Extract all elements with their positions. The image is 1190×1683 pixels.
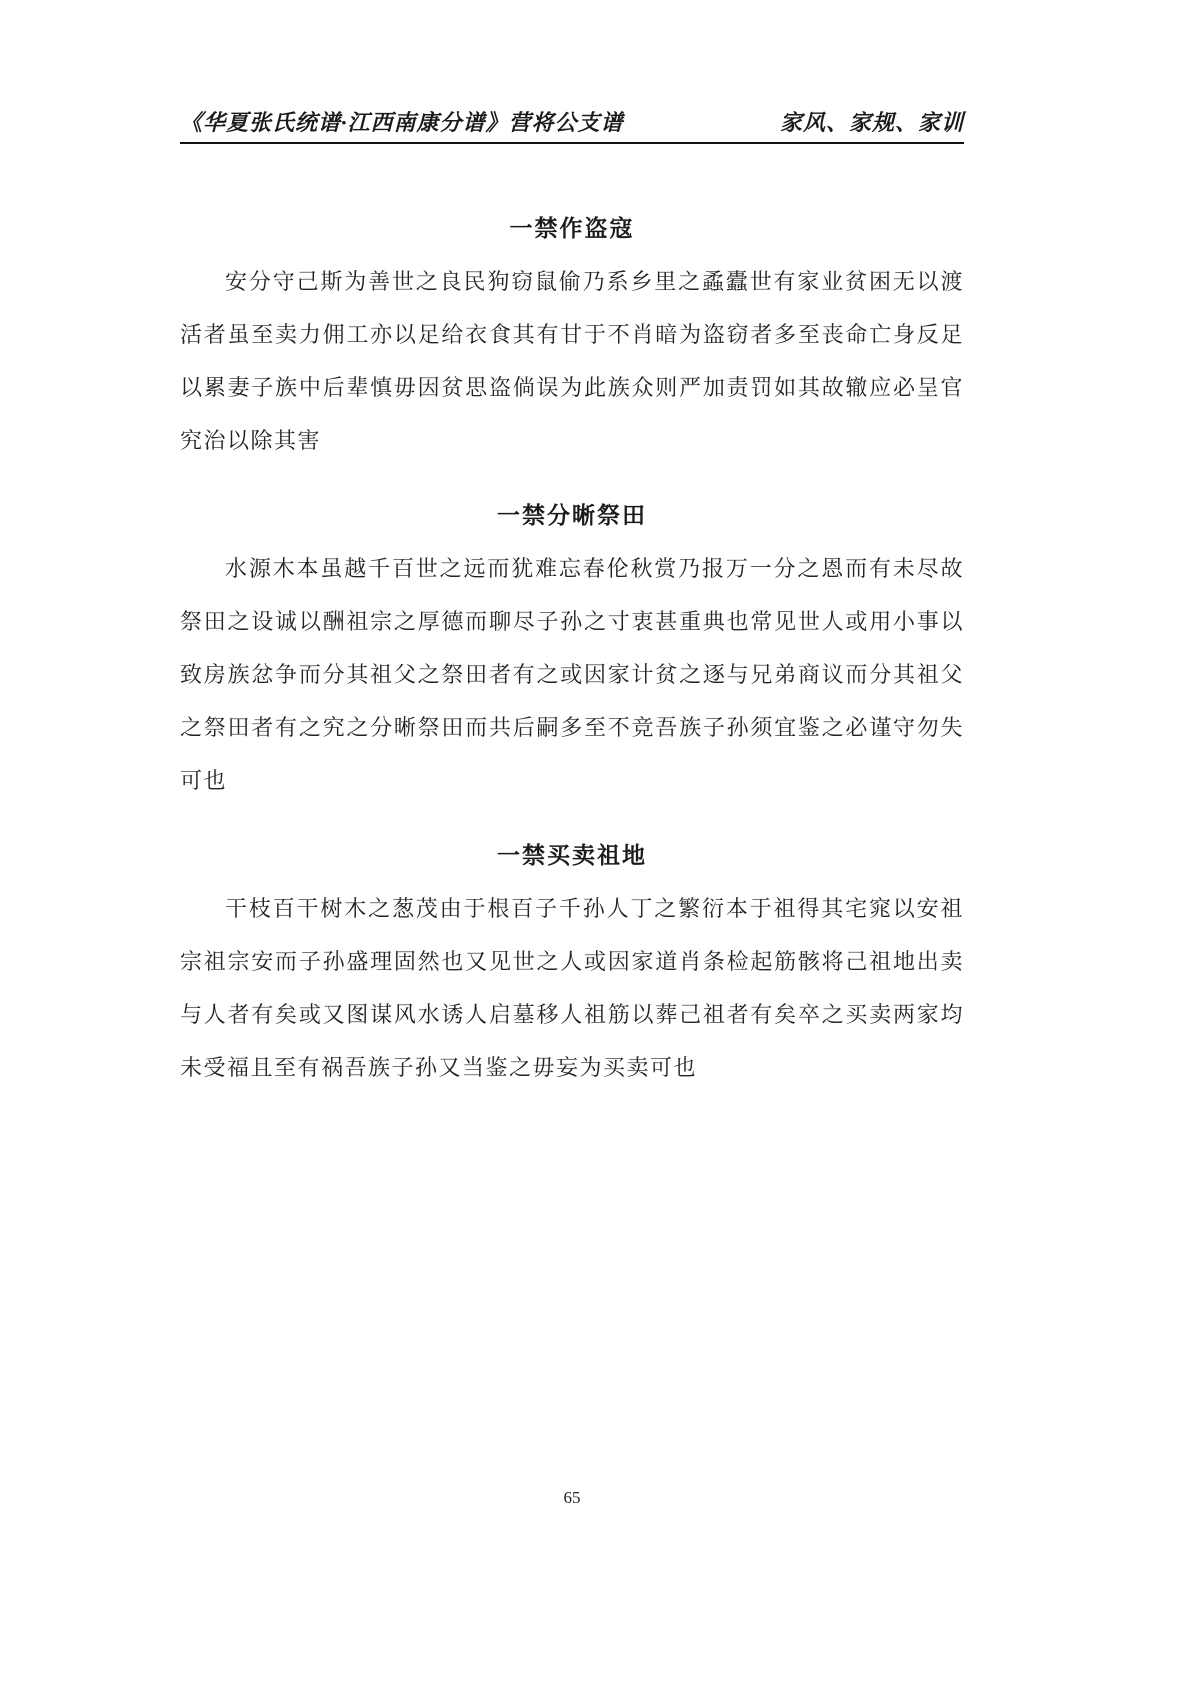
- section-forbid-banditry: 一禁作盗寇 安分守己斯为善世之良民狗窃鼠偷乃系乡里之蟊蠹世有家业贫困无以渡活者虽…: [180, 210, 964, 467]
- section-heading: 一禁买卖祖地: [180, 837, 964, 870]
- page-header: 《华夏张氏统谱·江西南康分谱》营将公支谱 家风、家规、家训: [180, 106, 964, 144]
- section-forbid-dividing-sacrificial-fields: 一禁分晰祭田 水源木本虽越千百世之远而犹难忘春伦秋赏乃报万一分之恩而有未尽故祭田…: [180, 497, 964, 807]
- document-page: 《华夏张氏统谱·江西南康分谱》营将公支谱 家风、家规、家训 一禁作盗寇 安分守己…: [180, 0, 964, 1683]
- section-heading: 一禁作盗寇: [180, 210, 964, 243]
- section-paragraph: 干枝百干树木之葱茂由于根百子千孙人丁之繁衍本于祖得其宅窕以安祖宗祖宗安而子孙盛理…: [180, 882, 964, 1094]
- header-book-title: 《华夏张氏统谱·江西南康分谱》营将公支谱: [180, 106, 624, 137]
- section-paragraph: 安分守己斯为善世之良民狗窃鼠偷乃系乡里之蟊蠹世有家业贫困无以渡活者虽至卖力佣工亦…: [180, 255, 964, 467]
- section-forbid-selling-ancestral-land: 一禁买卖祖地 干枝百干树木之葱茂由于根百子千孙人丁之繁衍本于祖得其宅窕以安祖宗祖…: [180, 837, 964, 1094]
- section-paragraph: 水源木本虽越千百世之远而犹难忘春伦秋赏乃报万一分之恩而有未尽故祭田之设诚以酬祖宗…: [180, 542, 964, 807]
- page-number: 65: [180, 1488, 964, 1508]
- header-chapter-title: 家风、家规、家训: [780, 106, 964, 137]
- section-heading: 一禁分晰祭田: [180, 497, 964, 530]
